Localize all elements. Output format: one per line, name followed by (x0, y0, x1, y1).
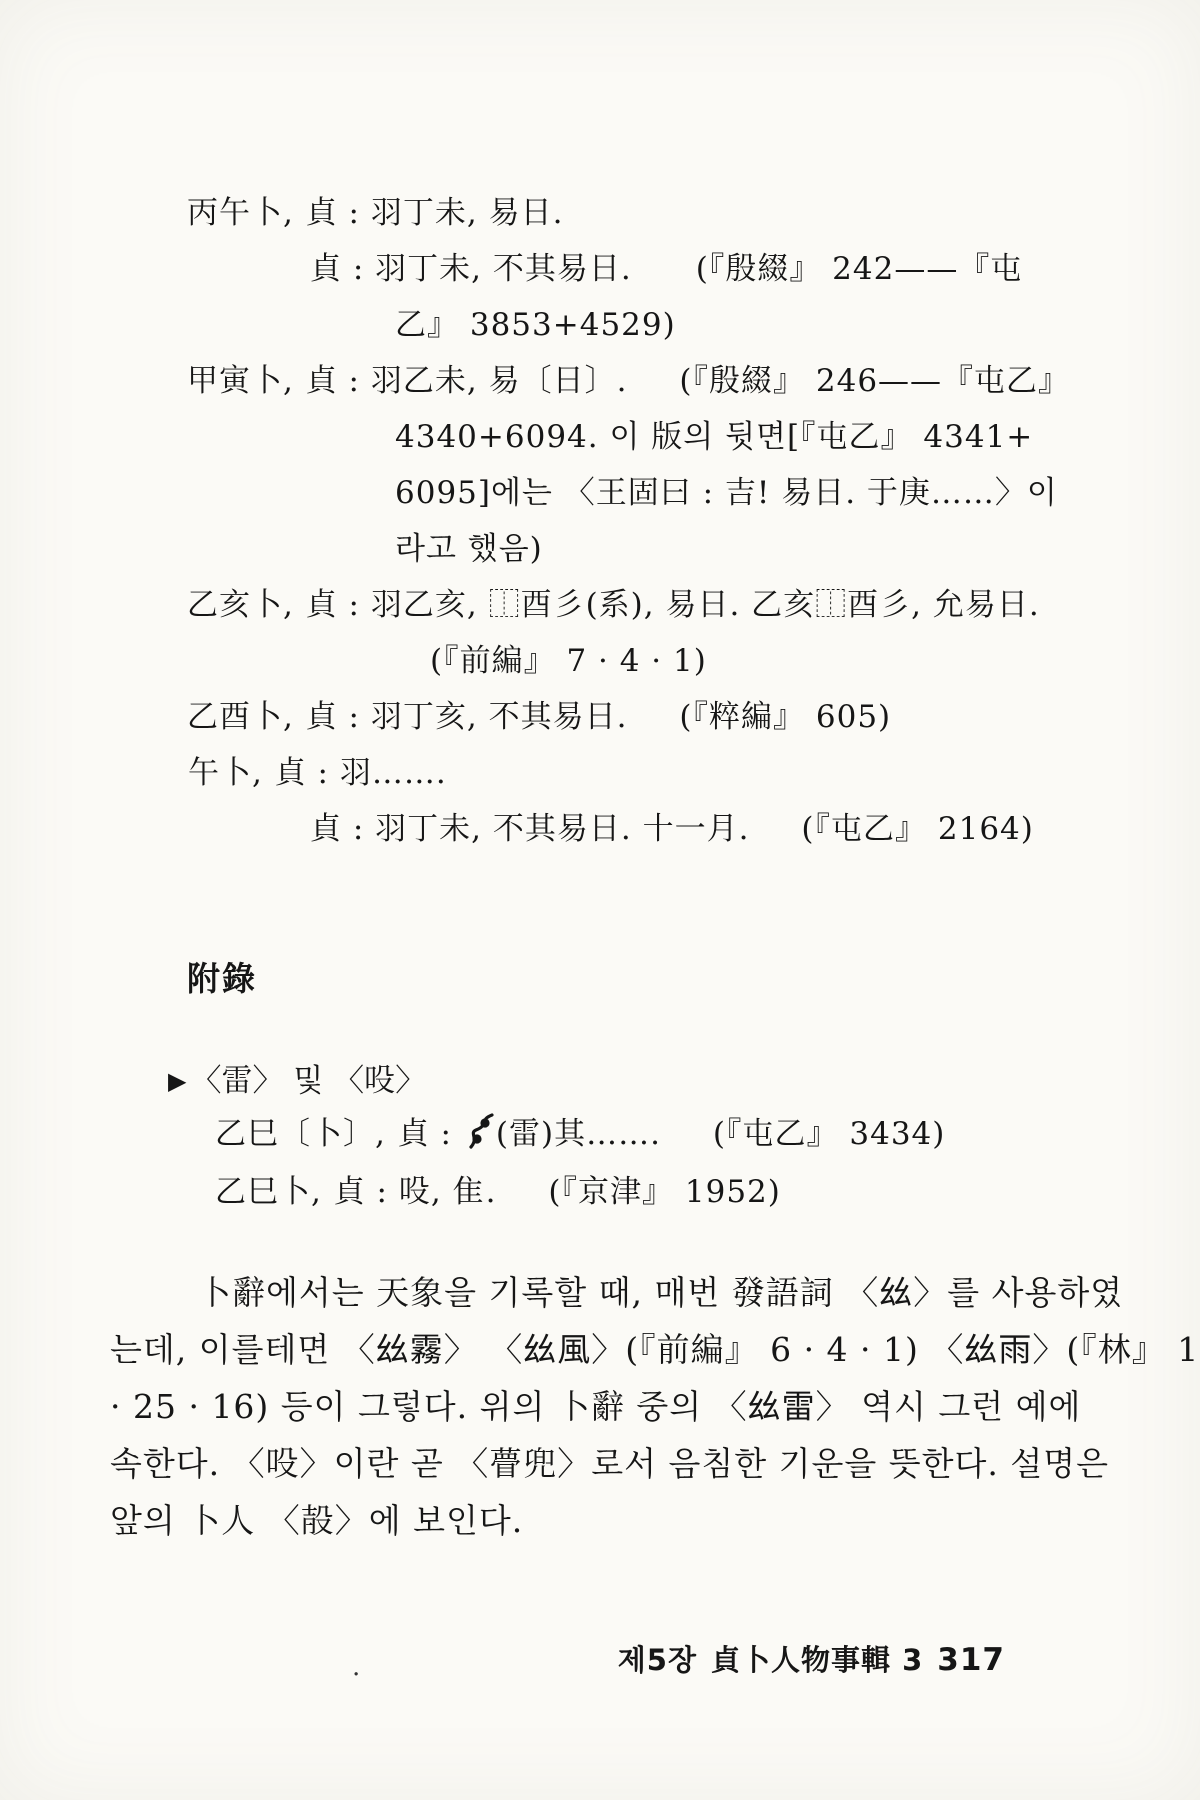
print-artifact-dot: . (352, 1652, 360, 1682)
divination-record-line: 貞 : 羽丁未, 不其易日. 十一月.(『屯乙』 2164) (310, 801, 1200, 857)
page-footer: 제5장 貞卜人物事輯 3 317 (618, 1638, 1005, 1679)
divination-transcription-block: 丙午卜, 𡧋貞 : 羽丁未, 易日. 貞 : 羽丁未, 不其易日.(『殷綴』 2… (0, 0, 1200, 857)
divination-record-line: 6095]에는 〈王固曰 : 吉! 易日. 于庚……〉이 (395, 465, 1200, 521)
divination-record-line: 라고 했음) (395, 521, 1200, 577)
divination-record-line: 丙午卜, 𡧋貞 : 羽丁未, 易日. (187, 185, 1200, 241)
commentary-paragraph: 卜辭에서는 天象을 기록할 때, 매번 發語詞 〈𢆶〉를 사용하였 는데, 이를… (110, 1264, 1095, 1549)
record-text: 라고 했음) (395, 531, 543, 567)
record-text: 丙午卜, 𡧋貞 : 羽丁未, 易日. (187, 195, 563, 231)
record-text: 貞 : 羽丁未, 不其易日. (310, 251, 632, 287)
record-text: 乙』 3853+4529) (395, 307, 676, 343)
appendix-heading: 附錄 (187, 953, 1200, 1000)
source-citation: (『殷綴』 242——『屯 (696, 251, 1023, 287)
source-citation: (『前編』 7 · 4 · 1) (430, 643, 707, 679)
divination-record-line: 4340+6094. 이 版의 뒷면[『屯乙』 4341+ (395, 409, 1200, 465)
paragraph-line: 속한다. 〈吺〉이란 곧 〈瞢兜〉로서 음침한 기운을 뜻한다. 설명은 (110, 1435, 1095, 1492)
record-text: 乙酉卜, 𡧋貞 : 羽丁亥, 不其易日. (187, 699, 627, 735)
section-title-text: 〈雷〉 및 〈吺〉 (190, 1063, 426, 1099)
record-text: 6095]에는 〈王固曰 : 吉! 易日. 于庚……〉이 (395, 475, 1058, 511)
paragraph-line: · 25 · 16) 등이 그렇다. 위의 卜辭 중의 〈𢆶雷〉 역시 그런 예… (110, 1378, 1095, 1435)
source-citation: (『京津』 1952) (548, 1174, 780, 1210)
record-text: 4340+6094. 이 版의 뒷면[『屯乙』 4341+ (395, 419, 1033, 455)
paragraph-line: 앞의 卜人 〈㱿〉에 보인다. (110, 1492, 1095, 1549)
record-text: 乙巳卜, 𡧋貞 : 吺, 隹𡆥. (215, 1174, 496, 1210)
page-number: 317 (937, 1642, 1005, 1678)
triangle-bullet-icon: ▶ (168, 1067, 186, 1095)
divination-record-line: 乙酉卜, 𡧋貞 : 羽丁亥, 不其易日.(『粹編』 605) (187, 689, 1200, 745)
divination-record-line: ⧄午卜, 𡧋貞 : 羽……. (187, 745, 1200, 801)
page-content: 丙午卜, 𡧋貞 : 羽丁未, 易日. 貞 : 羽丁未, 不其易日.(『殷綴』 2… (0, 0, 1200, 1549)
paragraph-line: 卜辭에서는 天象을 기록할 때, 매번 發語詞 〈𢆶〉를 사용하였 (110, 1264, 1095, 1321)
appendix-section: ▶〈雷〉 및 〈吺〉 乙巳〔卜〕, 𡧋貞 : 𢆶(雷)其…….(『屯乙』 343… (0, 1054, 1200, 1218)
divination-record-line: 乙巳卜, 𡧋貞 : 吺, 隹𡆥.(『京津』 1952) (215, 1166, 1200, 1218)
divination-record-line: 甲寅卜, 𡧋貞 : 羽乙未, 易〔日〕.(『殷綴』 246——『屯乙』 (187, 353, 1200, 409)
oracle-bone-thunder-glyph-icon (465, 1112, 495, 1166)
divination-record-line: 乙巳〔卜〕, 𡧋貞 : 𢆶(雷)其…….(『屯乙』 3434) (215, 1108, 1200, 1166)
chapter-label: 제5장 (618, 1638, 697, 1679)
paragraph-line: 는데, 이를테면 〈𢆶霧〉 〈𢆶風〉(『前編』 6 · 4 · 1) 〈𢆶雨〉(… (110, 1321, 1095, 1378)
record-text: 貞 : 羽丁未, 不其易日. 十一月. (310, 811, 749, 847)
record-text: (雷)其……. (496, 1116, 661, 1152)
source-citation: (『粹編』 605) (679, 699, 891, 735)
divination-record-line: 乙亥卜, 𡧋貞 : 羽乙亥, ⿰酉彡𢆶(系), 易日. 乙亥⿰酉彡, 允易日. (187, 577, 1200, 633)
book-page: 丙午卜, 𡧋貞 : 羽丁未, 易日. 貞 : 羽丁未, 不其易日.(『殷綴』 2… (0, 0, 1200, 1800)
divination-record-line: 貞 : 羽丁未, 不其易日.(『殷綴』 242——『屯 (310, 241, 1200, 297)
record-text: 乙亥卜, 𡧋貞 : 羽乙亥, ⿰酉彡𢆶(系), 易日. 乙亥⿰酉彡, 允易日. (187, 587, 1040, 623)
record-text: 甲寅卜, 𡧋貞 : 羽乙未, 易〔日〕. (187, 363, 627, 399)
appendix-section-title: ▶〈雷〉 및 〈吺〉 (168, 1054, 1200, 1108)
record-text: ⧄午卜, 𡧋貞 : 羽……. (187, 755, 447, 791)
record-text: 乙巳〔卜〕, 𡧋貞 : 𢆶 (215, 1116, 464, 1152)
source-citation: (『屯乙』 2164) (801, 811, 1033, 847)
divination-record-line: 乙』 3853+4529) (395, 297, 1200, 353)
source-citation: (『屯乙』 3434) (713, 1116, 945, 1152)
divination-record-line: (『前編』 7 · 4 · 1) (430, 633, 1200, 689)
source-citation: (『殷綴』 246——『屯乙』 (679, 363, 1070, 399)
chapter-title: 貞卜人物事輯 3 (711, 1638, 923, 1679)
